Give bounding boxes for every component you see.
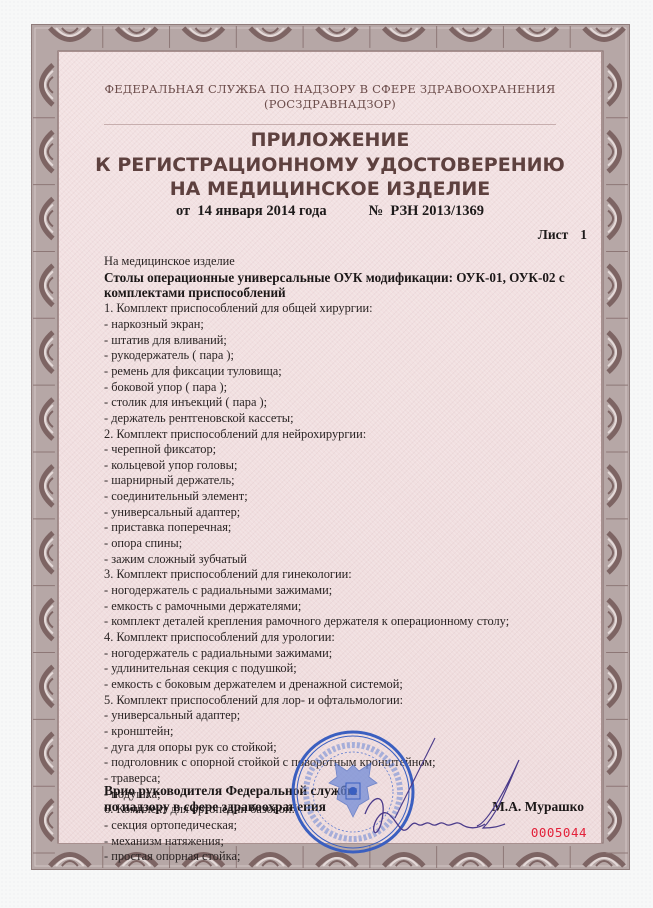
list-item: - удлинительная секция с подушкой; [104,661,581,677]
title-line-2: К РЕГИСТРАЦИОННОМУ УДОСТОВЕРЕНИЮ [59,153,601,178]
list-item: 3. Комплект приспособлений для гинеколог… [104,567,581,583]
list-item: - опора спины; [104,536,581,552]
list-item: 5. Комплект приспособлений для лор- и оф… [104,693,581,709]
list-item: - боковой упор ( пара ); [104,380,581,396]
document-title: ПРИЛОЖЕНИЕ К РЕГИСТРАЦИОННОМУ УДОСТОВЕРЕ… [59,128,601,202]
sheet-label: Лист [538,227,568,242]
list-item: - емкость с рамочными держателями; [104,599,581,615]
list-item: 1. Комплект приспособлений для общей хир… [104,301,581,317]
title-line-1: ПРИЛОЖЕНИЕ [59,128,601,153]
list-item: - рукодержатель ( пара ); [104,348,581,364]
list-item: - зажим сложный зубчатый [104,552,581,568]
signature-icon [359,732,589,852]
agency-header: ФЕДЕРАЛЬНАЯ СЛУЖБА ПО НАДЗОРУ В СФЕРЕ ЗД… [59,82,601,112]
product-name: Столы операционные универсальные ОУК мод… [104,270,581,302]
title-line-3: НА МЕДИЦИНСКОЕ ИЗДЕЛИЕ [59,177,601,202]
certificate-frame: ФЕДЕРАЛЬНАЯ СЛУЖБА ПО НАДЗОРУ В СФЕРЕ ЗД… [31,24,630,870]
list-item: - кольцевой упор головы; [104,458,581,474]
list-item: - штатив для вливаний; [104,333,581,349]
list-item: - ремень для фиксации туловища; [104,364,581,380]
list-item: - столик для инъекций ( пара ); [104,395,581,411]
list-item: - черепной фиксатор; [104,442,581,458]
registration-date: от 14 января 2014 года [176,203,327,219]
registration-number: № РЗН 2013/1369 [369,203,484,219]
list-item: - ногодержатель с радиальными зажимами; [104,646,581,662]
list-item: - ногодержатель с радиальными зажимами; [104,583,581,599]
list-item: - универсальный адаптер; [104,505,581,521]
sheet-number: 1 [580,227,587,242]
list-item: - приставка поперечная; [104,520,581,536]
registration-line: от 14 января 2014 года№ РЗН 2013/1369 [59,203,601,220]
list-item: - держатель рентгеновской кассеты; [104,411,581,427]
agency-name: ФЕДЕРАЛЬНАЯ СЛУЖБА ПО НАДЗОРУ В СФЕРЕ ЗД… [59,82,601,97]
list-item: - соединительный элемент; [104,489,581,505]
sheet-indicator: Лист1 [538,227,587,243]
list-item: - емкость с боковым держателем и дренажн… [104,677,581,693]
list-item: - универсальный адаптер; [104,708,581,724]
intro-text: На медицинское изделие [104,254,581,270]
header-divider [104,124,556,125]
agency-short-name: (РОСЗДРАВНАДЗОР) [59,97,601,112]
list-item: 2. Комплект приспособлений для нейрохиру… [104,427,581,443]
list-item: - наркозный экран; [104,317,581,333]
certificate-panel: ФЕДЕРАЛЬНАЯ СЛУЖБА ПО НАДЗОРУ В СФЕРЕ ЗД… [58,51,602,844]
list-item: 4. Комплект приспособлений для урологии: [104,630,581,646]
list-item: - шарнирный держатель; [104,473,581,489]
list-item: - комплект деталей крепления рамочного д… [104,614,581,630]
